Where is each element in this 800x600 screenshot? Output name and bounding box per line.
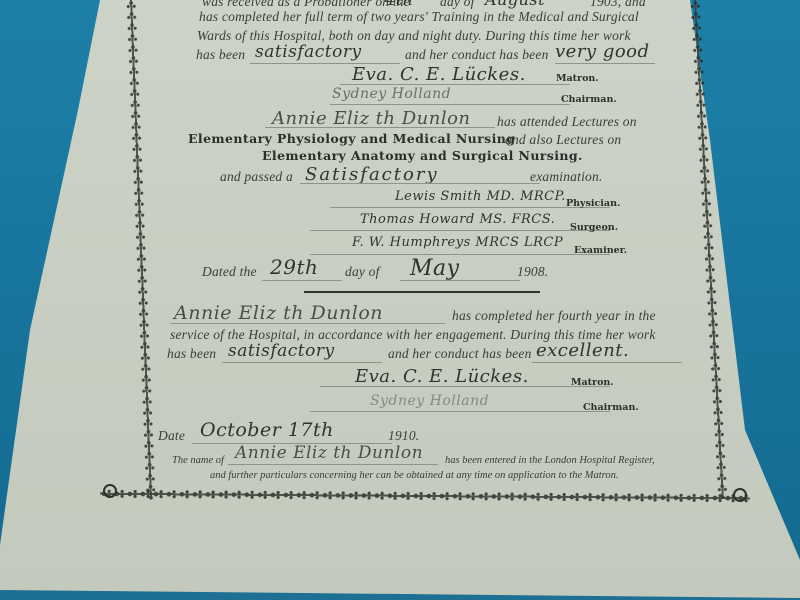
fourth-year-conduct-label: and her conduct has been [388,346,532,362]
dated-day-of: day of [345,264,380,280]
exam-result-rule [300,183,540,184]
matron-signature: Eva. C. E. Lückes. [352,64,526,85]
chairman-label: Chairman. [561,94,617,105]
lectures-line-1-tail: has attended Lectures on [497,114,637,130]
border-corner-rosette-left [103,484,117,498]
exam-result: Satisfactory [305,164,439,185]
register-line-2: and further particulars concerning her c… [210,470,618,481]
fourth-year-matron-signature: Eva. C. E. Lückes. [355,366,529,387]
student-name-rule [265,127,495,128]
examiner-signature-rule [310,254,610,255]
dated-prefix: Dated the [202,264,257,280]
course-anatomy-surgical-nursing: Elementary Anatomy and Surgical Nursing. [262,148,583,163]
student-name-2-rule [170,323,445,324]
chairman-signature: Sydney Holland [332,86,451,102]
fourth-year-conduct-rule [532,362,682,363]
chairman-signature-rule [330,104,570,105]
fourth-year-work-rating: satisfactory [228,341,335,361]
fourth-year-matron-label: Matron. [571,377,614,388]
fourth-year-chairman-signature: Sydney Holland [370,393,489,409]
fourth-year-matron-rule [320,386,610,387]
border-corner-rosette-right [733,488,747,502]
lectures-line-2-tail: and also Lectures on [505,132,621,148]
conduct-rating: very good [555,41,650,62]
passed-prefix: and passed a [220,169,293,185]
dated-day-rule [262,280,342,281]
date-prefix: Date [158,428,185,444]
physician-signature: Lewis Smith MD. MRCP. [395,189,566,204]
dated-year: 1908. [517,264,548,280]
register-prefix: The name of [172,455,224,466]
student-name-2: Annie Eliz th Dunlon [174,302,383,324]
dated-day: 29th [270,255,318,279]
date-value: October 17th [200,419,334,441]
dated-month-rule [400,280,520,281]
fourth-year-work-prefix: has been [167,346,216,362]
training-line-1: has completed her full term of two years… [199,9,639,25]
surgeon-signature-rule [310,230,610,231]
probationer-day: 4th [385,0,413,9]
dated-month: May [410,256,460,281]
work-rating: satisfactory [255,42,362,62]
date-year: 1910. [388,428,419,444]
fourth-year-conduct-rating: excellent. [536,340,629,361]
conduct-rating-rule [555,63,655,64]
course-physiology-medical-nursing: Elementary Physiology and Medical Nursin… [188,131,515,146]
fourth-year-chairman-label: Chairman. [583,402,639,413]
student-name: Annie Eliz th Dunlon [272,108,471,129]
section-divider [304,291,540,293]
register-student-name: Annie Eliz th Dunlon [235,443,423,463]
physician-label: Physician. [566,198,620,209]
fourth-year-line-1-tail: has completed her fourth year in the [452,308,656,324]
passed-suffix: examination. [530,169,603,185]
fourth-year-chairman-rule [310,411,610,412]
matron-signature-rule [340,84,570,85]
conduct-label: and her conduct has been [405,47,549,63]
examiner-label: Examiner. [574,245,627,256]
register-name-rule [228,464,438,465]
register-line-1-tail: has been entered in the London Hospital … [445,455,655,466]
matron-label: Matron. [556,73,599,84]
fourth-year-work-rule [222,362,382,363]
probationer-month: August [485,0,545,9]
surgeon-signature: Thomas Howard MS. FRCS. [360,212,555,227]
work-line-prefix: has been [196,47,245,63]
surgeon-label: Surgeon. [570,222,618,233]
examiner-signature: F. W. Humphreys MRCS LRCP [352,235,563,250]
